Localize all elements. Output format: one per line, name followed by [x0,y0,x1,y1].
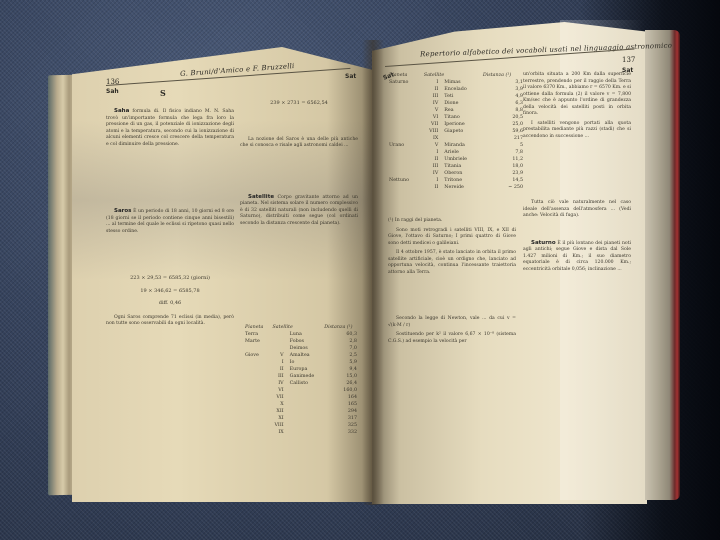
name-cell [287,429,322,436]
planet-cell [386,170,421,177]
table-header-planet: Pianeta [242,324,270,331]
table-header-satellite: Satellite [421,72,480,79]
distance-cell: ~ 250 [480,184,526,191]
table-row: XII294 [242,408,360,415]
distance-cell: 7,0 [321,345,360,352]
name-cell: Mimas [441,79,480,86]
distance-cell: 164 [321,394,360,401]
name-cell: Titania [441,163,480,170]
name-cell: Teti [441,93,480,100]
table-row: VIIIGiapeto59,6 [386,128,526,135]
name-cell [287,387,322,394]
planet-cell [242,415,270,422]
distance-cell: 14,5 [480,177,526,184]
name-cell: Umbriele [441,156,480,163]
num-cell: IV [421,170,441,177]
planet-cell [386,86,421,93]
entry-text-saha: formula di. Il fisico indiano M. N. Saha… [106,109,234,147]
planet-cell [386,163,421,170]
paragraph: un'orbita situata a 200 Km dalla superfi… [523,72,631,118]
num-cell: V [421,107,441,114]
table-row: NettunoITritone14,5 [386,177,526,184]
planet-cell [242,345,270,352]
distance-cell: 4,9 [480,93,526,100]
planet-cell [242,387,270,394]
planet-cell [386,128,421,135]
table-header-satellite: Satellite [270,324,322,331]
table-row: X165 [242,401,360,408]
distance-cell: 25,0 [480,121,526,128]
distance-cell: 3,1 [480,79,526,86]
left-corner-tag-right: Sat [345,73,356,80]
num-cell: I [421,149,441,156]
table-row: VIIIperione25,0 [386,121,526,128]
num-cell: IX [421,135,441,142]
planet-cell: Terra [242,331,270,338]
saros-formula-2: 19 × 346,62 = 6585,78 [106,288,234,295]
left-page-column-2: 239 × 2731 = 6562,54 La nozione del Saro… [240,86,358,230]
paragraph: Secondo la legge di Newton, vale ... da … [388,316,516,329]
planet-cell [386,107,421,114]
planet-cell: Marte [242,338,270,345]
name-cell [287,408,322,415]
distance-cell: 60,3 [321,331,360,338]
saros-formula-1: 223 × 29,53 = 6585,32 (giorni) [106,275,234,282]
num-cell: I [270,359,287,366]
distance-cell: 217 [480,135,526,142]
table-row: IX217 [386,135,526,142]
planet-cell [242,429,270,436]
table-row: XI317 [242,415,360,422]
name-cell: Ganimede [287,373,322,380]
planet-cell [242,401,270,408]
distance-cell: 2,5 [321,352,360,359]
paragraph: I satelliti vengono portati alla quota p… [523,121,631,141]
paragraph: Sostituendo per k² il valore 6,67 × 10⁻⁸… [388,332,516,345]
left-satellite-table: Pianeta Satellite Distanza (¹) TerraLuna… [242,324,360,436]
headword-saha: Saha [114,108,129,114]
table-row: IIEncelado3,9 [386,86,526,93]
num-cell: IV [421,100,441,107]
num-cell: V [421,142,441,149]
num-cell: VIII [270,422,287,429]
table-row: TerraLuna60,3 [242,331,360,338]
distance-cell: 20,5 [480,114,526,121]
headword-saros: Saros [114,208,131,214]
planet-cell [242,359,270,366]
left-corner-tag-left: Sah [106,88,119,95]
table-row: IVOberon23,9 [386,170,526,177]
planet-cell [386,156,421,163]
distance-cell: 23,9 [480,170,526,177]
num-cell: VI [270,387,287,394]
num-cell: IX [270,429,287,436]
name-cell: Miranda [441,142,480,149]
left-page-number: 136 [106,78,119,86]
num-cell: XI [270,415,287,422]
table-row: VII164 [242,394,360,401]
name-cell: Titano [441,114,480,121]
headword-satellite: Satellite [248,194,274,200]
name-cell: Dione [441,100,480,107]
table-row: IVDione6,3 [386,100,526,107]
planet-cell [386,149,421,156]
paragraph: Tutta ciò vale naturalmente nel caso ide… [523,200,631,220]
name-cell [287,415,322,422]
name-cell: Ariele [441,149,480,156]
table-row: IVCallisto26,4 [242,380,360,387]
num-cell: II [270,366,287,373]
table-row: UranoVMiranda5 [386,142,526,149]
planet-cell [386,93,421,100]
name-cell: Nereide [441,184,480,191]
saros-formula-3: diff. 0,46 [106,300,234,307]
right-satellite-table: Pianeta Satellite Distanza (¹) SaturnoIM… [386,72,526,191]
num-cell: X [270,401,287,408]
distance-cell: 26,4 [321,380,360,387]
planet-cell: Saturno [386,79,421,86]
name-cell: Tritone [441,177,480,184]
distance-cell: 59,6 [480,128,526,135]
distance-cell: 325 [321,422,360,429]
num-cell: IV [270,380,287,387]
right-page-number: 137 [622,56,635,64]
book-gutter [362,40,384,505]
num-cell: I [421,177,441,184]
name-cell: Giapeto [441,128,480,135]
planet-cell [386,184,421,191]
distance-cell: 294 [321,408,360,415]
distance-cell: 332 [321,429,360,436]
table-row: IIo5,9 [242,359,360,366]
name-cell: Iperione [441,121,480,128]
num-cell [270,338,287,345]
distance-cell: 6,3 [480,100,526,107]
num-cell: III [421,93,441,100]
name-cell: Io [287,359,322,366]
num-cell: VI [421,114,441,121]
planet-cell [386,114,421,121]
name-cell: Luna [287,331,322,338]
planet-cell [386,135,421,142]
num-cell: III [270,373,287,380]
table-row: IIITeti4,9 [386,93,526,100]
table-row: VI160,0 [242,387,360,394]
distance-cell: 3,9 [480,86,526,93]
table-row: IIIGanimede15,0 [242,373,360,380]
table-row: IINereide~ 250 [386,184,526,191]
name-cell: Amaltea [287,352,322,359]
table-row: IX332 [242,429,360,436]
distance-cell: 5,9 [321,359,360,366]
planet-cell: Urano [386,142,421,149]
column2-paragraph: La nozione del Saros è una delle più ant… [240,137,358,150]
planet-cell [242,373,270,380]
paragraph: Il 4 ottobre 1957, è stato lanciato in o… [388,250,516,276]
distance-cell: 9,4 [321,366,360,373]
planet-cell: Giove [242,352,270,359]
num-cell: II [421,156,441,163]
right-page-column-1: (¹) In raggi del pianeta. Sono moti retr… [388,218,516,348]
planet-cell [242,394,270,401]
table-header-distance: Distanza (¹) [321,324,360,331]
paragraph: Sono moti retrogradi i satelliti VIII, I… [388,228,516,248]
table-row: GioveVAmaltea2,5 [242,352,360,359]
distance-cell: 2,8 [321,338,360,345]
saros-continuation: Ogni Saros comprende 71 eclissi (in medi… [106,315,234,328]
num-cell: XII [270,408,287,415]
table-row: VITitano20,5 [386,114,526,121]
table-row: IAriele7,8 [386,149,526,156]
num-cell: VIII [421,128,441,135]
num-cell [270,331,287,338]
distance-cell: 15,0 [321,373,360,380]
distance-cell: 5 [480,142,526,149]
table-row: Deimos7,0 [242,345,360,352]
section-letter: S [160,88,166,98]
distance-cell: 160,0 [321,387,360,394]
distance-cell: 8,8 [480,107,526,114]
distance-cell: 165 [321,401,360,408]
num-cell: III [421,163,441,170]
planet-cell [242,422,270,429]
table-row: IIUmbriele11,2 [386,156,526,163]
table-header-distance: Distanza (¹) [480,72,526,79]
headword-saturno: Saturno [531,240,556,246]
distance-cell: 317 [321,415,360,422]
name-cell: Europa [287,366,322,373]
distance-cell: 7,8 [480,149,526,156]
planet-cell: Nettuno [386,177,421,184]
name-cell [287,422,322,429]
num-cell: I [421,79,441,86]
name-cell: Encelado [441,86,480,93]
table-row: VRea8,8 [386,107,526,114]
name-cell: Callisto [287,380,322,387]
planet-cell [386,100,421,107]
name-cell [441,135,480,142]
right-page-column-2: un'orbita situata a 200 Km dalla superfi… [523,72,631,276]
table-footnote: (¹) In raggi del pianeta. [388,218,516,225]
left-page-column-1: Saha formula di. Il fisico indiano M. N.… [106,108,234,331]
name-cell: Rea [441,107,480,114]
table-row: IIITitania18,0 [386,163,526,170]
distance-cell: 18,0 [480,163,526,170]
num-cell: II [421,86,441,93]
planet-cell [242,380,270,387]
name-cell [287,401,322,408]
table-header-planet: Pianeta [386,72,421,79]
num-cell: II [421,184,441,191]
name-cell [287,394,322,401]
table-row: VIII325 [242,422,360,429]
planet-cell [386,121,421,128]
table-row: IIEuropa9,4 [242,366,360,373]
table-row: MarteFobos2,8 [242,338,360,345]
right-page-edges [645,30,680,500]
planet-cell [242,408,270,415]
num-cell: VII [421,121,441,128]
column2-formula: 239 × 2731 = 6562,54 [240,100,358,107]
distance-cell: 11,2 [480,156,526,163]
num-cell [270,345,287,352]
num-cell: V [270,352,287,359]
name-cell: Oberon [441,170,480,177]
name-cell: Fobos [287,338,322,345]
table-row: SaturnoIMimas3,1 [386,79,526,86]
name-cell: Deimos [287,345,322,352]
num-cell: VII [270,394,287,401]
planet-cell [242,366,270,373]
open-book: G. Bruni/d'Amico e F. Bruzzelli 136 Sat … [0,0,720,540]
